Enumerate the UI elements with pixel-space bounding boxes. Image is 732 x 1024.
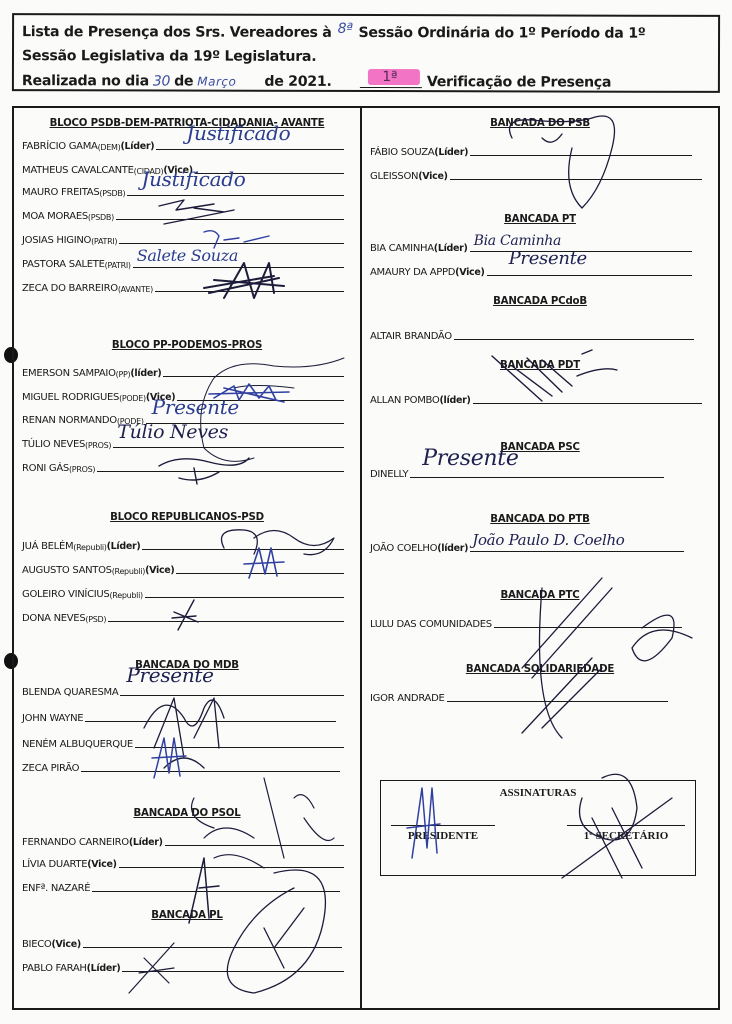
member-role: (Vice) xyxy=(51,939,80,950)
member-name: RENAN NORMANDO xyxy=(22,415,117,426)
section-title: BLOCO PSDB-DEM-PATRIOTA-CIDADANIA- AVANT… xyxy=(14,118,360,129)
member-role: (Líder) xyxy=(434,243,468,254)
header-box: Lista de Presença dos Srs. Vereadores à8… xyxy=(12,13,720,93)
member-role: (líder) xyxy=(130,368,161,379)
member-role: (líder) xyxy=(440,395,471,406)
member-role: (Vice) xyxy=(145,565,174,576)
member-row: LULU DAS COMUNIDADES xyxy=(370,614,682,630)
member-row: NENÉM ALBUQUERQUE xyxy=(22,734,344,750)
member-name: JUÁ BELÉM xyxy=(22,541,73,552)
member-role: (Líder) xyxy=(434,147,468,158)
member-name: MOA MORAES xyxy=(22,211,88,222)
handwritten-session-number: 8ª xyxy=(338,21,353,37)
header-line-2: Sessão Legislativa da 19º Legislatura. xyxy=(22,44,710,70)
handwritten-day: 30 xyxy=(153,73,170,89)
member-row: MAURO FREITAS(PSDB)Justificado xyxy=(22,182,344,198)
member-row: FABRÍCIO GAMA(DEM) (Líder)Justificado xyxy=(22,136,344,152)
member-party: (Republi) xyxy=(109,591,142,600)
member-row: JOÃO COELHO (líder)João Paulo D. Coelho xyxy=(370,538,684,554)
header-year: de 2021. xyxy=(264,74,331,90)
signature-line[interactable]: Salete Souza xyxy=(133,266,344,268)
member-role: (líder) xyxy=(437,543,468,554)
member-row: TÚLIO NEVES(PROS)Túlio Neves xyxy=(22,434,344,450)
section-title: BANCADA DO PTB xyxy=(362,514,718,525)
attendance-sheet: Lista de Presença dos Srs. Vereadores à8… xyxy=(0,0,732,1024)
signature-line[interactable]: Presente xyxy=(120,694,344,696)
member-party: (PSDB) xyxy=(88,213,114,222)
member-name: EMERSON SAMPAIO xyxy=(22,368,116,379)
member-name: LULU DAS COMUNIDADES xyxy=(370,619,492,630)
member-row: FÁBIO SOUZA (Líder) xyxy=(370,142,692,158)
member-name: FABRÍCIO GAMA xyxy=(22,141,98,152)
member-name: JOÃO COELHO xyxy=(370,543,437,554)
member-row: ENFª. NAZARÉ xyxy=(22,878,340,894)
member-row: IGOR ANDRADE xyxy=(370,688,668,704)
signature-line[interactable] xyxy=(116,218,344,220)
signatures-box: ASSINATURAS PRESIDENTE 1º SECRETÁRIO xyxy=(380,780,696,876)
signature-line[interactable] xyxy=(494,626,682,628)
member-row: DINELLYPresente xyxy=(370,464,664,480)
signature-line[interactable]: Presente xyxy=(146,422,344,424)
member-name: TÚLIO NEVES xyxy=(22,439,85,450)
member-row: RONI GÁS(PROS) xyxy=(22,458,344,474)
member-row: FERNANDO CARNEIRO (Líder) xyxy=(22,832,344,848)
signature-line[interactable] xyxy=(454,338,694,340)
section-title: BANCADA PTC xyxy=(362,590,718,601)
section-title: BANCADA DO PSOL xyxy=(14,808,360,819)
member-row: AMAURY DA APPD (Vice)Presente xyxy=(370,262,692,278)
member-name: JOSIAS HIGINO xyxy=(22,235,91,246)
member-party: (PODE) xyxy=(119,394,146,403)
header-text: Realizada no dia xyxy=(22,73,149,89)
member-party: (DEM) xyxy=(98,143,121,152)
member-role: (Líder) xyxy=(87,963,121,974)
secretary-signature-line: 1º SECRETÁRIO xyxy=(567,825,685,842)
signature-line[interactable] xyxy=(165,844,344,846)
member-row: JUÁ BELÉM(Republi) (Líder) xyxy=(22,536,344,552)
signature-line[interactable]: Presente xyxy=(410,476,664,478)
signature-line[interactable]: Justificado xyxy=(156,148,344,150)
signature-line[interactable]: Presente xyxy=(487,274,692,276)
member-name: FÁBIO SOUZA xyxy=(370,147,434,158)
verification-number-field: 1ª xyxy=(360,69,422,88)
member-name: MAURO FREITAS xyxy=(22,187,99,198)
member-name: BLENDA QUARESMA xyxy=(22,687,118,698)
member-party: (PODE) xyxy=(117,417,144,426)
member-row: MOA MORAES(PSDB) xyxy=(22,206,344,222)
member-row: JOHN WAYNE xyxy=(22,708,336,724)
member-name: MIGUEL RODRIGUES xyxy=(22,392,119,403)
signature-line[interactable] xyxy=(92,890,340,892)
signature-line[interactable] xyxy=(142,548,344,550)
member-role: (Líder) xyxy=(107,541,141,552)
section-title: BLOCO PP-PODEMOS-PROS xyxy=(14,340,360,351)
member-row: PASTORA SALETE(PATRI)Salete Souza xyxy=(22,254,344,270)
member-name: RONI GÁS xyxy=(22,463,69,474)
member-row: GLEISSON (Vice) xyxy=(370,166,702,182)
member-name: AMAURY DA APPD xyxy=(370,267,455,278)
header-text: Sessão Ordinária do 1º Período da 1º xyxy=(358,25,645,42)
signature-line[interactable]: Justificado xyxy=(127,194,344,196)
handwritten-verification-number: 1ª xyxy=(382,65,397,89)
member-role: (Vice) xyxy=(455,267,484,278)
member-name: NENÉM ALBUQUERQUE xyxy=(22,739,133,750)
signature-line[interactable] xyxy=(135,746,344,748)
signature-line[interactable] xyxy=(177,399,344,401)
handwritten-signature: João Paulo D. Coelho xyxy=(472,531,624,549)
section-title: BANCADA PT xyxy=(362,214,718,225)
member-row: BLENDA QUARESMAPresente xyxy=(22,682,344,698)
member-party: (PROS) xyxy=(85,441,111,450)
signature-line[interactable] xyxy=(176,572,344,574)
handwritten-signature: Bia Caminha xyxy=(474,233,561,249)
signature-line[interactable] xyxy=(195,172,344,174)
member-name: ALTAIR BRANDÃO xyxy=(370,331,452,342)
member-row: EMERSON SAMPAIO(PP) (líder) xyxy=(22,363,344,379)
signature-line[interactable] xyxy=(119,242,344,244)
member-row: BIA CAMINHA (Líder)Bia Caminha xyxy=(370,238,692,254)
member-row: RENAN NORMANDO(PODE)Presente xyxy=(22,410,344,426)
member-name: FERNANDO CARNEIRO xyxy=(22,837,129,848)
handwritten-signature: Salete Souza xyxy=(137,246,238,265)
member-name: GLEISSON xyxy=(370,171,418,182)
member-party: (PSDB) xyxy=(99,189,125,198)
member-name: MATHEUS CAVALCANTE xyxy=(22,165,134,176)
member-party: (Republi) xyxy=(73,543,106,552)
member-row: LÍVIA DUARTE (Vice) xyxy=(22,854,344,870)
member-name: IGOR ANDRADE xyxy=(370,693,445,704)
section-title: BANCADA DO MDB xyxy=(14,660,360,671)
section-title: BANCADA SOLIDARIEDADE xyxy=(362,664,718,675)
signature-line[interactable]: João Paulo D. Coelho xyxy=(470,550,684,552)
handwritten-month: Março xyxy=(197,75,236,89)
member-row: JOSIAS HIGINO(PATRI) xyxy=(22,230,344,246)
signature-line[interactable] xyxy=(145,596,344,598)
member-party: (PATRI) xyxy=(91,237,117,246)
header-text: Sessão Legislativa da 19º Legislatura. xyxy=(22,48,316,65)
member-row: DONA NEVES(PSD) xyxy=(22,608,344,624)
section-title: BLOCO REPUBLICANOS-PSD xyxy=(14,512,360,523)
member-row: GOLEIRO VINÍCIUS(Republi) xyxy=(22,584,344,600)
left-column: BLOCO PSDB-DEM-PATRIOTA-CIDADANIA- AVANT… xyxy=(14,108,360,1008)
member-row: MIGUEL RODRIGUES(PODE) (Vice) xyxy=(22,387,344,403)
member-row: ZECA DO BARREIRO(AVANTE) xyxy=(22,278,344,294)
section-title: BANCADA PL xyxy=(14,910,360,921)
member-name: PABLO FARAH xyxy=(22,963,87,974)
signatures-title: ASSINATURAS xyxy=(381,787,695,799)
signature-line[interactable] xyxy=(81,770,340,772)
signature-line[interactable]: Bia Caminha xyxy=(470,250,692,252)
verification-label: Verificação de Presença xyxy=(427,74,611,90)
header-text: de xyxy=(174,73,193,89)
signature-scribble xyxy=(502,548,702,738)
member-name: BIA CAMINHA xyxy=(370,243,434,254)
signature-line[interactable] xyxy=(473,402,702,404)
signature-line[interactable] xyxy=(97,470,344,472)
section-title: BANCADA DO PSB xyxy=(362,118,718,129)
member-name: ZECA DO BARREIRO xyxy=(22,283,118,294)
member-name: DINELLY xyxy=(370,469,408,480)
header-line-1: Lista de Presença dos Srs. Vereadores à8… xyxy=(22,20,710,46)
member-party: (PATRI) xyxy=(105,261,131,270)
header-line-3: Realizada no dia30deMarçode 2021. 1ª Ver… xyxy=(22,68,710,95)
member-party: (AVANTE) xyxy=(118,285,153,294)
member-role: (Vice) xyxy=(87,859,116,870)
signature-line[interactable] xyxy=(163,375,344,377)
member-party: (CIDAD) xyxy=(134,167,164,176)
member-role: (Vice) xyxy=(418,171,447,182)
member-row: MATHEUS CAVALCANTE(CIDAD) (Vice) xyxy=(22,160,344,176)
signature-line[interactable] xyxy=(470,154,692,156)
member-name: LÍVIA DUARTE xyxy=(22,859,87,870)
section-title: BANCADA PSC xyxy=(362,442,718,453)
header-text: Lista de Presença dos Srs. Vereadores à xyxy=(22,24,332,41)
member-name: BIECO xyxy=(22,939,51,950)
member-name: JOHN WAYNE xyxy=(22,713,83,724)
signature-line[interactable] xyxy=(108,620,344,622)
section-title: BANCADA PCdoB xyxy=(362,296,718,307)
member-party: (Republi) xyxy=(112,567,145,576)
signature-line[interactable]: Túlio Neves xyxy=(113,446,344,448)
member-name: ENFª. NAZARÉ xyxy=(22,883,90,894)
member-party: (PROS) xyxy=(69,465,95,474)
signature-line[interactable] xyxy=(83,946,342,948)
member-row: AUGUSTO SANTOS(Republi) (Vice) xyxy=(22,560,344,576)
signature-line[interactable] xyxy=(450,178,702,180)
member-name: AUGUSTO SANTOS xyxy=(22,565,112,576)
signature-line[interactable] xyxy=(119,866,344,868)
attendance-table: BLOCO PSDB-DEM-PATRIOTA-CIDADANIA- AVANT… xyxy=(12,106,720,1010)
member-row: ALTAIR BRANDÃO xyxy=(370,326,694,342)
member-party: (PSD) xyxy=(85,615,106,624)
member-name: ALLAN POMBO xyxy=(370,395,440,406)
member-row: PABLO FARAH (Líder) xyxy=(22,958,344,974)
member-name: PASTORA SALETE xyxy=(22,259,105,270)
member-row: BIECO (Vice) xyxy=(22,934,342,950)
right-column: ASSINATURAS PRESIDENTE 1º SECRETÁRIO BAN… xyxy=(362,108,718,1008)
member-role: (Líder) xyxy=(120,141,154,152)
member-row: ZECA PIRÃO xyxy=(22,758,340,774)
signature-line[interactable] xyxy=(447,700,668,702)
member-name: GOLEIRO VINÍCIUS xyxy=(22,589,109,600)
member-role: (Vice) xyxy=(163,165,192,176)
signature-line[interactable] xyxy=(122,970,344,972)
section-title: BANCADA PDT xyxy=(362,360,718,371)
member-name: ZECA PIRÃO xyxy=(22,763,79,774)
member-role: (Vice) xyxy=(146,392,175,403)
member-role: (Líder) xyxy=(129,837,163,848)
signature-line[interactable] xyxy=(85,720,336,722)
member-row: ALLAN POMBO (líder) xyxy=(370,390,702,406)
member-party: (PP) xyxy=(116,370,131,379)
member-name: DONA NEVES xyxy=(22,613,85,624)
signature-line[interactable] xyxy=(155,290,344,292)
president-signature-line: PRESIDENTE xyxy=(391,825,495,842)
